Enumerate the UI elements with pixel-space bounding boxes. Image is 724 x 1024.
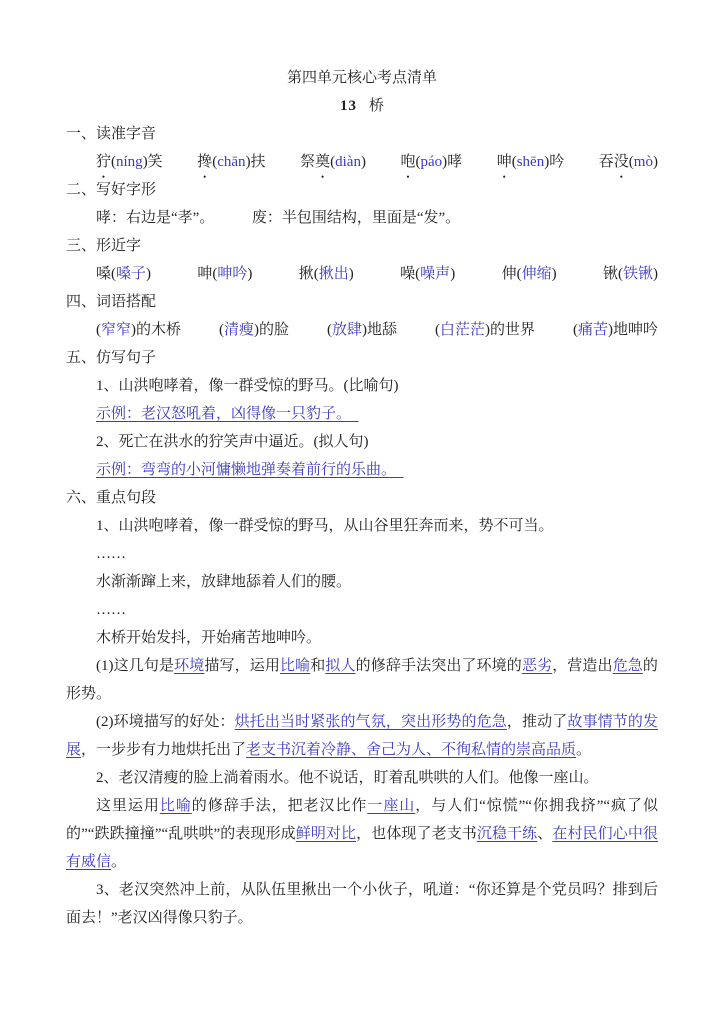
underlined-highlight-text: 拟人: [325, 658, 355, 674]
highlight-text: mò: [634, 154, 653, 170]
row-item: (白茫茫)的世界: [435, 316, 535, 344]
row-item: 狞(níng)笑: [96, 148, 163, 176]
text-segment: )的世界: [485, 322, 535, 338]
row-item: 吞没(mò): [599, 148, 658, 176]
row-item: 搀(chān)扶: [197, 148, 265, 176]
section-3-heading: 三、形近字: [66, 232, 658, 260]
imitation-answer-2: 示例：弯弯的小河慵懒地弹奏着前行的乐曲。: [66, 456, 658, 484]
lesson-name: 桥: [369, 98, 384, 114]
text-segment: 水渐渐蹿上来，放肆地舔着人们的腰。: [96, 574, 351, 590]
emphasized-character: 狞: [96, 148, 111, 176]
text-segment: ): [653, 154, 658, 170]
text-segment: )哮: [442, 154, 462, 170]
row-item: 呻(呻吟): [197, 260, 252, 288]
text-segment: 四、词语搭配: [66, 294, 156, 310]
highlight-text: 窄窄: [101, 322, 131, 338]
analysis-2: (2)环境描写的好处：烘托出当时紧张的气氛，突出形势的危急，推动了故事情节的发展…: [66, 708, 658, 764]
text-segment: 噪(: [400, 266, 420, 282]
text-segment: )吟: [544, 154, 564, 170]
highlight-text: 伸缩: [522, 266, 552, 282]
pinyin-row: 狞(níng)笑搀(chān)扶祭奠(diàn)咆(páo)哮呻(shēn)吟吞…: [66, 148, 658, 176]
emphasized-character: 没: [614, 148, 629, 176]
row-item: (窄窄)的木桥: [96, 316, 181, 344]
highlight-text: diàn: [335, 154, 361, 170]
text-segment: )扶: [246, 154, 266, 170]
underlined-highlight-text: 危急: [613, 658, 643, 674]
text-segment: (1)这几句是: [96, 658, 174, 674]
highlight-text: 白茫茫: [440, 322, 485, 338]
text-segment: 、: [537, 826, 552, 842]
row-item: 噪(噪声): [400, 260, 455, 288]
emphasized-character: 奠: [315, 148, 330, 176]
imitation-prompt-2: 2、死亡在洪水的狞笑声中逼近。(拟人句): [66, 428, 658, 456]
row-item: (清瘦)的脸: [219, 316, 289, 344]
text-segment: 五、仿写句子: [66, 350, 156, 366]
text-segment: ): [653, 266, 658, 282]
section-1-heading: 一、读准字音: [66, 120, 658, 148]
text-segment: 哮：右边是“孝”。 废：半包围结构，里面是“发”。: [96, 210, 460, 226]
text-segment: ，一步步有力地烘托出了: [81, 742, 246, 758]
underlined-highlight-text: 沉稳干练: [477, 826, 537, 842]
underlined-highlight-text: 示例：老汉怒吼着，凶得像一只豹子。: [96, 406, 359, 422]
text-segment: )笑: [143, 154, 163, 170]
row-item: 锹(铁锹): [603, 260, 658, 288]
text-segment: 的修辞手法突出了环境的: [356, 658, 522, 674]
text-segment: 。: [111, 854, 126, 870]
text-segment: 2、死亡在洪水的狞笑声中逼近。(拟人句): [96, 434, 369, 450]
row-item: 揪(揪出): [299, 260, 354, 288]
highlight-text: 铁锹: [623, 266, 653, 282]
text-segment: 的修辞手法，把老汉比作: [192, 798, 368, 814]
underlined-highlight-text: 比喻: [280, 658, 310, 674]
text-segment: 呻(: [197, 266, 217, 282]
underlined-highlight-text: 老支书沉着冷静、舍己为人、不徇私情的崇高品质: [246, 742, 576, 758]
row-item: 嗓(嗓子): [96, 260, 151, 288]
underlined-highlight-text: 鲜明对比: [296, 826, 356, 842]
imitation-prompt-1: 1、山洪咆哮着，像一群受惊的野马。(比喻句): [66, 372, 658, 400]
underlined-highlight-text: 一座山: [367, 798, 415, 814]
text-segment: 伸(: [502, 266, 522, 282]
text-segment: )的木桥: [131, 322, 181, 338]
text-segment: ，营造出: [552, 658, 612, 674]
text-segment: ): [247, 266, 252, 282]
key-sentence-1c: 木桥开始发抖，开始痛苦地呻吟。: [66, 624, 658, 652]
analysis-1: (1)这几句是环境描写，运用比喻和拟人的修辞手法突出了环境的恶劣，营造出危急的形…: [66, 652, 658, 708]
section-2-heading: 二、写好字形: [66, 176, 658, 204]
text-segment: 3、老汉突然冲上前，从队伍里揪出一个小伙子，吼道：“你还算是个党员吗？排到后面去…: [66, 882, 658, 926]
text-segment: 。: [576, 742, 591, 758]
text-segment: ): [146, 266, 151, 282]
text-segment: 1、山洪咆哮着，像一群受惊的野马。(比喻句): [96, 378, 399, 394]
row-item: 祭奠(diàn): [300, 148, 366, 176]
lesson-heading: 13桥: [66, 92, 658, 120]
text-segment: ，也体现了老支书: [356, 826, 477, 842]
text-segment: 这里运用: [96, 798, 160, 814]
ellipsis-line-2: ……: [66, 596, 658, 624]
text-segment: ……: [96, 546, 126, 562]
underlined-highlight-text: 烘托出当时紧张的气氛，突出形势的危急: [235, 714, 507, 730]
glyph-note-line: 哮：右边是“孝”。 废：半包围结构，里面是“发”。: [66, 204, 658, 232]
text-segment: 嗓(: [96, 266, 116, 282]
text-segment: 揪(: [299, 266, 319, 282]
document-title: 第四单元核心考点清单: [66, 64, 658, 92]
text-segment: 吞: [599, 154, 614, 170]
highlight-text: 揪出: [319, 266, 349, 282]
text-segment: )地呻吟: [608, 322, 658, 338]
text-segment: 2、老汉清瘦的脸上淌着雨水。他不说话，盯着乱哄哄的人们。他像一座山。: [96, 770, 599, 786]
row-item: 伸(伸缩): [502, 260, 557, 288]
highlight-text: 嗓子: [116, 266, 146, 282]
analysis-3: 这里运用比喻的修辞手法，把老汉比作一座山，与人们“惊慌”“你拥我挤”“疯了似的”…: [66, 792, 658, 876]
text-segment: ，推动了: [507, 714, 568, 730]
document-body: 一、读准字音狞(níng)笑搀(chān)扶祭奠(diàn)咆(páo)哮呻(s…: [66, 120, 658, 932]
text-segment: 三、形近字: [66, 238, 141, 254]
highlight-text: 呻吟: [217, 266, 247, 282]
row-item: (放肆)地舔: [327, 316, 397, 344]
key-sentence-3: 3、老汉突然冲上前，从队伍里揪出一个小伙子，吼道：“你还算是个党员吗？排到后面去…: [66, 876, 658, 932]
text-segment: )地舔: [362, 322, 397, 338]
text-segment: 和: [310, 658, 325, 674]
text-segment: 祭: [300, 154, 315, 170]
text-segment: 二、写好字形: [66, 182, 156, 198]
section-4-heading: 四、词语搭配: [66, 288, 658, 316]
worksheet-page: 第四单元核心考点清单 13桥 一、读准字音狞(níng)笑搀(chān)扶祭奠(…: [0, 0, 724, 1024]
section-6-heading: 六、重点句段: [66, 484, 658, 512]
key-sentence-1b: 水渐渐蹿上来，放肆地舔着人们的腰。: [66, 568, 658, 596]
text-segment: 一、读准字音: [66, 126, 156, 142]
underlined-highlight-text: 示例：弯弯的小河慵懒地弹奏着前行的乐曲。: [96, 462, 404, 478]
highlight-text: shēn: [517, 154, 545, 170]
text-segment: ): [349, 266, 354, 282]
section-5-heading: 五、仿写句子: [66, 344, 658, 372]
text-segment: 木桥开始发抖，开始痛苦地呻吟。: [96, 630, 321, 646]
lesson-number: 13: [340, 98, 357, 114]
underlined-highlight-text: 比喻: [160, 798, 192, 814]
highlight-text: 放肆: [332, 322, 362, 338]
emphasized-character: 咆: [400, 148, 415, 176]
text-segment: ): [450, 266, 455, 282]
underlined-highlight-text: 恶劣: [522, 658, 552, 674]
text-segment: ): [552, 266, 557, 282]
imitation-answer-1: 示例：老汉怒吼着，凶得像一只豹子。: [66, 400, 658, 428]
row-item: (痛苦)地呻吟: [573, 316, 658, 344]
key-sentence-2: 2、老汉清瘦的脸上淌着雨水。他不说话，盯着乱哄哄的人们。他像一座山。: [66, 764, 658, 792]
text-segment: (2)环境描写的好处：: [96, 714, 235, 730]
text-segment: 1、山洪咆哮着，像一群受惊的野马，从山谷里狂奔而来，势不可当。: [96, 518, 554, 534]
text-segment: 六、重点句段: [66, 490, 156, 506]
ellipsis-line-1: ……: [66, 540, 658, 568]
text-segment: 锹(: [603, 266, 623, 282]
highlight-text: páo: [421, 154, 443, 170]
text-segment: 描写，运用: [204, 658, 280, 674]
emphasized-character: 搀: [197, 148, 212, 176]
highlight-text: 清瘦: [224, 322, 254, 338]
emphasized-character: 呻: [497, 148, 512, 176]
highlight-text: níng: [116, 154, 143, 170]
key-sentence-1: 1、山洪咆哮着，像一群受惊的野马，从山谷里狂奔而来，势不可当。: [66, 512, 658, 540]
text-segment: )的脸: [254, 322, 289, 338]
row-item: 咆(páo)哮: [400, 148, 462, 176]
similar-characters-row: 嗓(嗓子)呻(呻吟)揪(揪出)噪(噪声)伸(伸缩)锹(铁锹): [66, 260, 658, 288]
collocation-row: (窄窄)的木桥(清瘦)的脸(放肆)地舔(白茫茫)的世界(痛苦)地呻吟: [66, 316, 658, 344]
highlight-text: 噪声: [420, 266, 450, 282]
text-segment: ): [361, 154, 366, 170]
row-item: 呻(shēn)吟: [497, 148, 565, 176]
highlight-text: chān: [217, 154, 245, 170]
highlight-text: 痛苦: [578, 322, 608, 338]
underlined-highlight-text: 环境: [174, 658, 204, 674]
text-segment: ……: [96, 602, 126, 618]
